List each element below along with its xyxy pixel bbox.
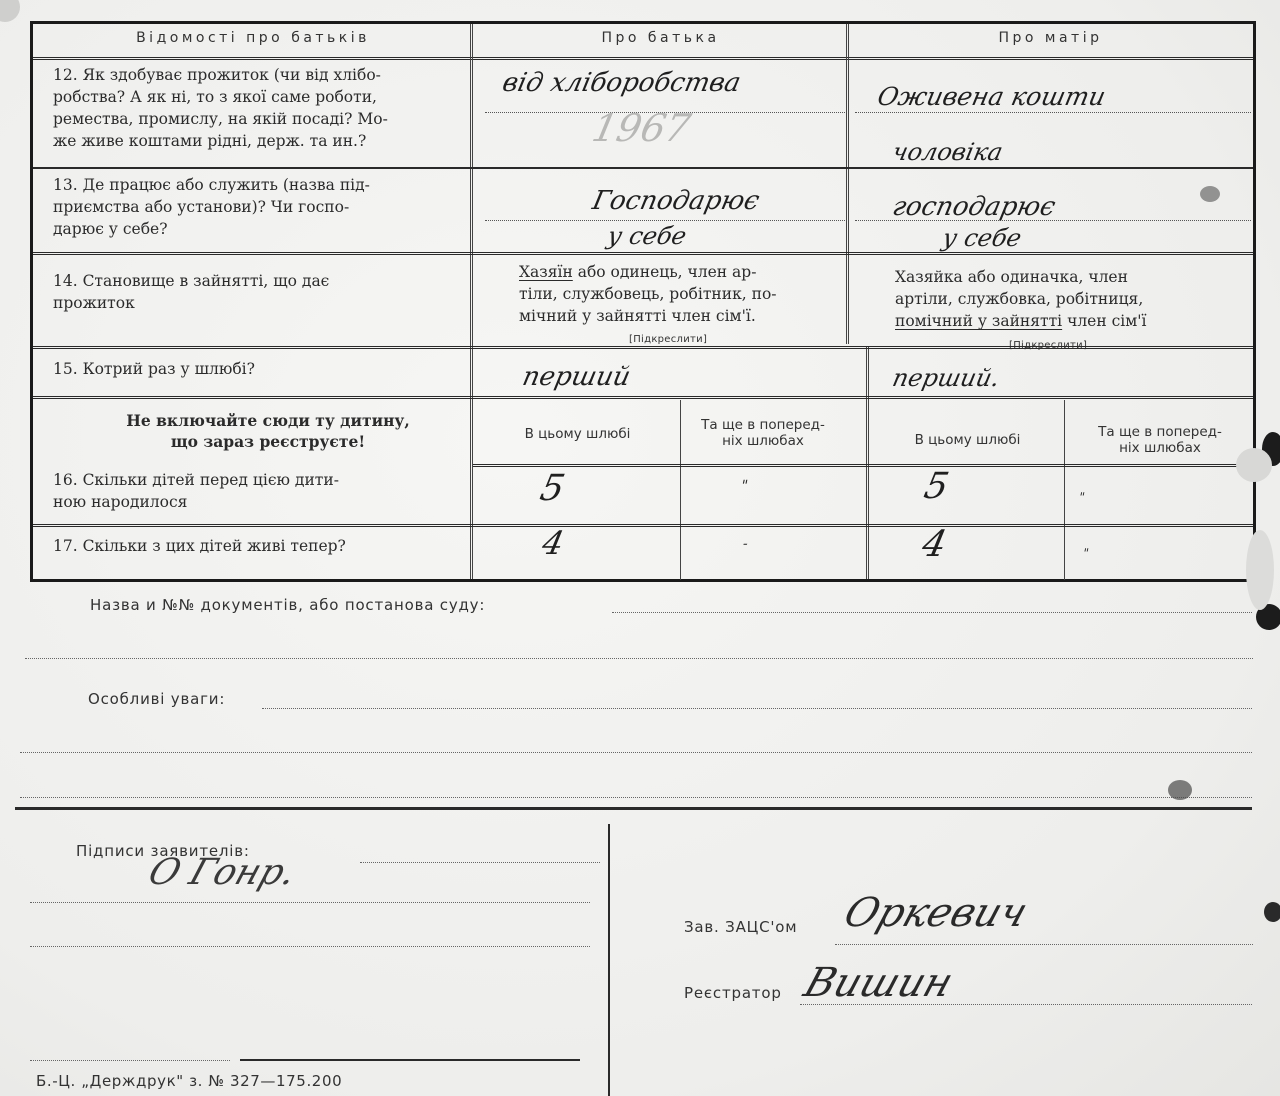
footer-line-dotted — [30, 1060, 230, 1061]
q12-mother-dotline — [855, 112, 1251, 113]
column-divider-2b — [866, 346, 870, 579]
q12-question: 12. Як здобуває прожиток (чи від хлібо- … — [53, 64, 473, 152]
printer-imprint: Б.-Ц. „Держдрук" з. № 327—175.200 — [36, 1072, 342, 1090]
registrar-label: Реєстратор — [684, 984, 782, 1002]
q17-father-this-marriage[interactable]: 4 — [539, 524, 567, 562]
row-divider-15 — [33, 396, 1253, 400]
q17-question: 17. Скільки з цих дітей живі тепер? — [53, 535, 473, 557]
registrar-line[interactable] — [800, 1004, 1252, 1005]
scanned-form-page: Відомості про батьків Про батька Про мат… — [0, 0, 1280, 1096]
paper-smudge — [1200, 186, 1220, 202]
section-divider — [15, 807, 1252, 810]
parents-info-table: Відомості про батьків Про батька Про мат… — [30, 21, 1256, 582]
header-father-column: Про батька — [473, 30, 848, 46]
q14-mother-selected-option[interactable]: помічний у зайнятті — [895, 312, 1062, 330]
subhead-mother-this-marriage: В цьому шлюбі — [871, 432, 1064, 448]
remarks-field-line3[interactable] — [20, 797, 1252, 798]
q15-mother-answer[interactable]: перший. — [890, 364, 1002, 392]
remarks-field[interactable] — [262, 708, 1252, 709]
header-divider — [33, 57, 1253, 61]
row-divider-14 — [33, 346, 1253, 350]
q16-mother-this-marriage[interactable]: 5 — [921, 466, 953, 507]
applicants-line3[interactable] — [30, 946, 590, 947]
q13-mother-answer-line1[interactable]: господарює — [890, 192, 1058, 222]
head-of-registry-signature[interactable]: Оркевич — [839, 890, 1034, 936]
q16-father-previous-marriages[interactable]: " — [739, 478, 749, 494]
row-divider-13 — [33, 252, 1253, 256]
applicants-line1[interactable] — [360, 862, 600, 863]
head-of-registry-label: Зав. ЗАЦС'ом — [684, 918, 797, 936]
q17-mother-previous-marriages[interactable]: " — [1082, 546, 1091, 560]
registrar-signature[interactable]: Вишин — [799, 960, 959, 1006]
column-divider-2 — [846, 24, 850, 344]
q17-father-previous-marriages[interactable]: - — [741, 536, 749, 552]
signature-column-divider — [608, 824, 610, 1096]
paper-damage — [0, 0, 20, 22]
remarks-label: Особливі уваги: — [88, 690, 225, 708]
header-mother-column: Про матір — [848, 30, 1253, 46]
subhead-father-this-marriage: В цьому шлюбі — [475, 426, 680, 442]
ink-stain — [1264, 902, 1280, 922]
footer-line — [240, 1059, 580, 1061]
applicants-signature[interactable]: О Гонр. — [143, 852, 301, 893]
remarks-field-line2[interactable] — [20, 752, 1252, 753]
row-divider-12 — [33, 167, 1253, 169]
q16-father-this-marriage[interactable]: 5 — [537, 468, 569, 509]
q14-father-selected-option[interactable]: Хазяїн — [519, 263, 573, 281]
q13-question: 13. Де працює або служить (назва під- пр… — [53, 174, 473, 240]
q14-question: 14. Становище в зайнятті, що дає прожито… — [53, 270, 473, 314]
documents-label: Назва и №№ документів, або постанова суд… — [90, 596, 485, 614]
documents-field[interactable] — [612, 612, 1252, 613]
subhead-divider — [473, 464, 1253, 468]
q13-mother-answer-line2[interactable]: у себе — [940, 224, 1024, 252]
applicants-line2[interactable] — [30, 902, 590, 903]
q13-father-answer-line2[interactable]: у себе — [605, 222, 689, 250]
q16-question: 16. Скільки дітей перед цією дити- ною н… — [53, 469, 473, 513]
q17-mother-this-marriage[interactable]: 4 — [919, 524, 951, 565]
subhead-father-previous-marriages: Та ще в поперед- ніх шлюбах — [683, 417, 843, 449]
subcol-divider-father — [680, 400, 681, 580]
paper-smudge — [1168, 780, 1192, 800]
subhead-mother-previous-marriages: Та ще в поперед- ніх шлюбах — [1067, 424, 1253, 456]
q12-mother-answer-line1[interactable]: Оживена кошти — [875, 82, 1108, 111]
q13-father-answer-line1[interactable]: Господарює — [590, 186, 762, 216]
documents-field-line2[interactable] — [25, 658, 1253, 659]
q15-question: 15. Котрий раз у шлюбі? — [53, 358, 473, 380]
q14-father-options: Хазяїн або одинець, член ар- тіли, служб… — [519, 261, 839, 327]
subcol-divider-mother — [1064, 400, 1065, 580]
q15-father-answer[interactable]: перший — [520, 362, 633, 392]
children-warning: Не включайте сюди ту дитину, що зараз ре… — [63, 410, 473, 452]
header-question-column: Відомості про батьків — [33, 30, 473, 46]
q13-father-dotline — [485, 220, 845, 221]
row-divider-16 — [33, 524, 1253, 528]
q12-father-answer[interactable]: від хліборобства — [500, 68, 744, 98]
q16-mother-previous-marriages[interactable]: " — [1078, 490, 1087, 504]
paper-damage — [1246, 530, 1274, 610]
paper-damage — [1236, 448, 1272, 482]
q12-mother-answer-line2[interactable]: чоловіка — [890, 138, 1005, 166]
q14-mother-options: Хазяйка або одиначка, член артіли, служб… — [895, 266, 1225, 332]
q14-father-note: [Підкреслити] — [629, 334, 707, 345]
q12-father-annotation: 1967 — [588, 106, 694, 150]
head-of-registry-line[interactable] — [835, 944, 1253, 945]
